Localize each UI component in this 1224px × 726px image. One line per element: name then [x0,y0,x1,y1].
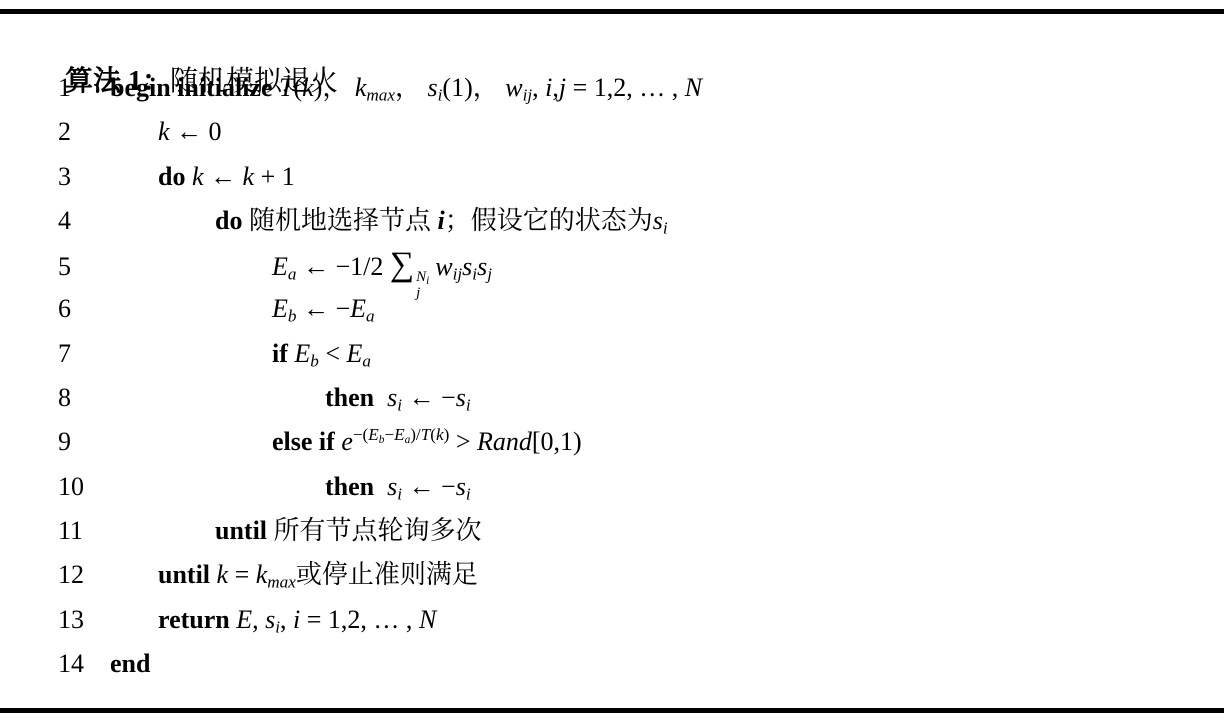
algorithm-line: 12until k = kmax或停止准则满足 [0,553,1224,597]
math-text: ← [204,162,243,191]
algorithm-line: 3do k ← k + 1 [0,155,1224,199]
math-var: s [265,605,275,634]
math-text: = [228,560,256,589]
math-var: s [387,472,397,501]
algorithm-line: 9else if e−(Eb−Ea)/T(k) > Rand[0,1) [0,420,1224,464]
algorithm-line: 11until 所有节点轮询多次 [0,509,1224,553]
math-var: N [419,605,436,634]
line-number: 2 [58,110,110,154]
line-number: 1 [58,66,110,110]
math-sub: i [466,484,471,503]
math-var: k [436,425,444,444]
algorithm-line: 2k ← 0 [0,110,1224,154]
math-var: E [394,425,404,444]
math-var: i [663,218,668,237]
keyword: until [215,516,267,545]
math-text [374,383,387,412]
math-text: , [532,73,545,102]
algorithm-line: 4do 随机地选择节点 i；假设它的状态为si [0,199,1224,243]
math-sub: i [466,395,471,414]
math-var: s [428,73,438,102]
keyword: do [215,206,242,235]
algorithm-line: 7if Eb < Ea [0,332,1224,376]
keyword: else if [272,427,335,456]
math-sub: a [366,307,375,326]
keyword: end [110,649,150,678]
math-var: E [350,294,366,323]
math-var: s [456,383,466,412]
math-sub: j [487,264,492,283]
line-content: then si ← −si [325,465,471,509]
math-var: k [217,560,229,589]
math-var: i [466,484,471,503]
line-content: begin initialize T(k)， kmax， si(1)， wij,… [110,66,702,110]
line-number: 11 [58,509,110,553]
math-var: k [355,73,367,102]
math-var: a [362,351,371,370]
chinese-text: 随机地选择节点 [242,206,437,235]
math-sub: b [310,351,319,370]
algorithm-box: 算法 1：随机模拟退火 1begin initialize T(k)， kmax… [0,0,1224,726]
sum-lower-limit: j [416,286,420,302]
line-number: 10 [58,465,110,509]
line-number: 8 [58,376,110,420]
math-var: i [466,395,471,414]
line-number: 5 [58,245,110,289]
math-var: ij [453,264,463,283]
math-text: )/ [410,425,420,444]
keyword: do [158,162,185,191]
math-var: k [302,73,314,102]
math-text: > [449,427,477,456]
line-content: end [110,642,150,686]
line-number: 14 [58,642,110,686]
chinese-text: 或停止准则满足 [296,560,478,589]
math-var: E [368,425,378,444]
math-var: N [416,269,426,285]
math-var: s [456,472,466,501]
math-var: j [487,264,492,283]
algorithm-line: 13return E, si, i = 1,2, … , N [0,598,1224,642]
math-text: ← 0 [170,117,222,146]
math-sub: i [426,275,429,287]
line-content: until 所有节点轮询多次 [215,509,482,553]
math-var: s [477,252,487,281]
line-content: k ← 0 [158,110,222,154]
sum-operator-icon: ∑ [390,246,414,283]
algorithm-line: 14end [0,642,1224,686]
math-text: < [319,339,347,368]
math-text: ← −1/2 [296,252,389,281]
math-var: w [435,252,452,281]
line-content: do 随机地选择节点 i；假设它的状态为si [215,199,668,243]
bottom-rule [0,708,1224,713]
math-var: T [279,73,293,102]
math-text: ← − [402,472,456,501]
algorithm-line: 1begin initialize T(k)， kmax， si(1)， wij… [0,66,1224,110]
line-content: else if e−(Eb−Ea)/T(k) > Rand[0,1) [272,420,582,464]
math-var: e [341,427,353,456]
math-text: ← − [296,294,350,323]
keyword: return [158,605,230,634]
chinese-text: ；假设它的状态为 [445,206,653,235]
line-number: 9 [58,420,110,464]
line-number: 13 [58,598,110,642]
math-var: j [416,285,420,301]
line-number: 4 [58,199,110,243]
math-text: )， [314,73,355,102]
line-number: 12 [58,553,110,597]
math-var: E [347,339,363,368]
math-text: ← − [402,383,456,412]
math-var: k [256,560,268,589]
math-text: − [384,425,394,444]
math-var: b [310,351,319,370]
math-text: [0,1) [532,427,582,456]
math-var: max [267,573,296,592]
math-var: max [366,85,395,104]
math-sub: max [267,573,296,592]
keyword: if [272,339,288,368]
math-var: E [272,294,288,323]
math-var: E [294,339,310,368]
top-rule [0,9,1224,14]
keyword: then [325,472,374,501]
line-content: do k ← k + 1 [158,155,295,199]
math-var: N [685,73,702,102]
math-var: a [366,307,375,326]
math-text: , [280,605,293,634]
math-text: (1)， [442,73,505,102]
algorithm-lines: 1begin initialize T(k)， kmax， si(1)， wij… [0,66,1224,686]
math-var: s [653,206,663,235]
math-var: k [243,162,255,191]
math-var: k [192,162,204,191]
line-content: return E, si, i = 1,2, … , N [158,598,436,642]
algorithm-line: 10then si ← −si [0,465,1224,509]
algorithm-line: 6Eb ← −Ea [0,287,1224,331]
sum-limits: Nij [416,270,429,302]
math-var: ij [523,85,533,104]
line-content: until k = kmax或停止准则满足 [158,553,478,597]
algorithm-line: 8then si ← −si [0,376,1224,420]
line-content: then si ← −si [325,376,471,420]
keyword: then [325,383,374,412]
math-var: w [505,73,522,102]
math-var: s [387,383,397,412]
math-text: + 1 [254,162,295,191]
algorithm-line: 5Ea ← −1/2 ∑Nijwijsisj [0,243,1224,287]
math-sub: ij [453,264,463,283]
sum-upper-limit: Ni [416,270,429,286]
math-var: T [421,425,431,444]
math-var: k [158,117,170,146]
math-var: s [462,252,472,281]
math-text [374,472,387,501]
math-sub: max [366,85,395,104]
math-text: ， [395,73,428,102]
math-sub: i [663,218,668,237]
math-text: , [252,605,265,634]
math-sup: −(Eb−Ea)/T(k) [353,425,449,444]
math-var: E [236,605,252,634]
line-number: 7 [58,332,110,376]
math-var: i [426,275,429,287]
math-var-bold: i [437,206,444,235]
chinese-text: 所有节点轮询多次 [267,516,482,545]
math-sub: a [362,351,371,370]
math-sub: ij [523,85,533,104]
math-text: = 1,2, … , [566,73,685,102]
keyword: until [158,560,210,589]
math-text: = 1,2, … , [300,605,419,634]
math-var: E [272,252,288,281]
math-text: −( [353,425,368,444]
keyword: begin initialize [110,73,273,102]
line-number: 3 [58,155,110,199]
line-content: if Eb < Ea [272,332,371,376]
line-number: 6 [58,287,110,331]
math-var: Rand [477,427,532,456]
line-content: Eb ← −Ea [272,287,375,331]
math-text: ( [293,73,302,102]
